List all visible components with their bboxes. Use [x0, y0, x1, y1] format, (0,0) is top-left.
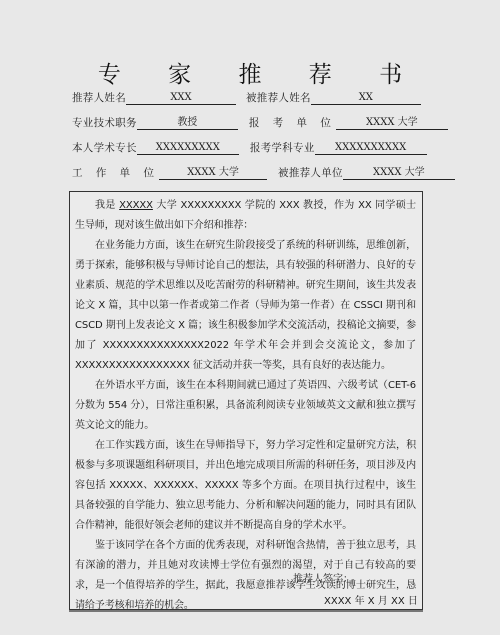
letter-paragraph-practice: 在工作实践方面，该生在导师指导下，努力学习定性和定量研究方法，积极参与多项课题组…	[75, 436, 416, 536]
recommendation-letter-box: 我是 XXXXX 大学 XXXXXXXXX 学院的 XXX 教授，作为 XX 同…	[69, 191, 423, 610]
applied-major-field: 报考学科专业 XXXXXXXXXX	[250, 140, 427, 155]
professional-title-value: 教授	[137, 116, 238, 130]
academic-expertise-value: XXXXXXXXX	[137, 141, 239, 155]
recommendee-unit-value: XXXX 大学	[343, 166, 455, 180]
applied-institution-label: 报 考 单 位	[249, 115, 336, 130]
recommender-name-value: XXX	[126, 91, 236, 105]
recommendee-unit-label: 被推荐人单位	[278, 165, 343, 180]
info-row-2: 专业技术职务 教授 报 考 单 位 XXXX 大学	[72, 114, 432, 130]
applied-institution-field: 报 考 单 位 XXXX 大学	[249, 115, 448, 130]
recommendee-name-field: 被推荐人姓名 XX	[246, 90, 421, 105]
applied-major-label: 报考学科专业	[250, 140, 315, 155]
signature-label: 推荐人签字：	[293, 570, 353, 585]
signature-date: XXXX 年 X 月 XX 日	[324, 592, 418, 607]
intro-prefix: 我是	[95, 200, 119, 211]
info-row-3: 本人学术专长 XXXXXXXXX 报考学科专业 XXXXXXXXXX	[72, 139, 432, 155]
recommendee-unit-field: 被推荐人单位 XXXX 大学	[278, 165, 455, 180]
work-unit-field: 工 作 单 位 XXXX 大学	[72, 165, 267, 180]
recommender-name-label: 推荐人姓名	[72, 90, 126, 105]
work-unit-value: XXXX 大学	[159, 166, 267, 180]
recommendee-name-label: 被推荐人姓名	[246, 90, 311, 105]
intro-school: XXXXX	[119, 200, 153, 211]
professional-title-field: 专业技术职务 教授	[72, 115, 238, 130]
info-row-1: 推荐人姓名 XXX 被推荐人姓名 XX	[72, 89, 432, 105]
letter-intro-paragraph: 我是 XXXXX 大学 XXXXXXXXX 学院的 XXX 教授，作为 XX 同…	[75, 196, 416, 236]
letter-paragraph-language: 在外语水平方面，该生在本科期间就已通过了英语四、六级考试（CET-6 分数为 5…	[75, 376, 416, 436]
document-title: 专 家 推 荐 书	[0, 56, 500, 89]
info-row-4: 工 作 单 位 XXXX 大学 被推荐人单位 XXXX 大学	[72, 164, 432, 180]
academic-expertise-label: 本人学术专长	[72, 140, 137, 155]
professional-title-label: 专业技术职务	[72, 115, 137, 130]
applied-major-value: XXXXXXXXXX	[315, 141, 427, 155]
applied-institution-value: XXXX 大学	[336, 116, 448, 130]
academic-expertise-field: 本人学术专长 XXXXXXXXX	[72, 140, 239, 155]
recommendee-name-value: XX	[311, 91, 421, 105]
recommender-name-field: 推荐人姓名 XXX	[72, 90, 236, 105]
work-unit-label: 工 作 单 位	[72, 165, 159, 180]
letter-paragraph-ability: 在业务能力方面，该生在研究生阶段接受了系统的科研训练，思维创新，勇于探索，能够积…	[75, 236, 416, 376]
